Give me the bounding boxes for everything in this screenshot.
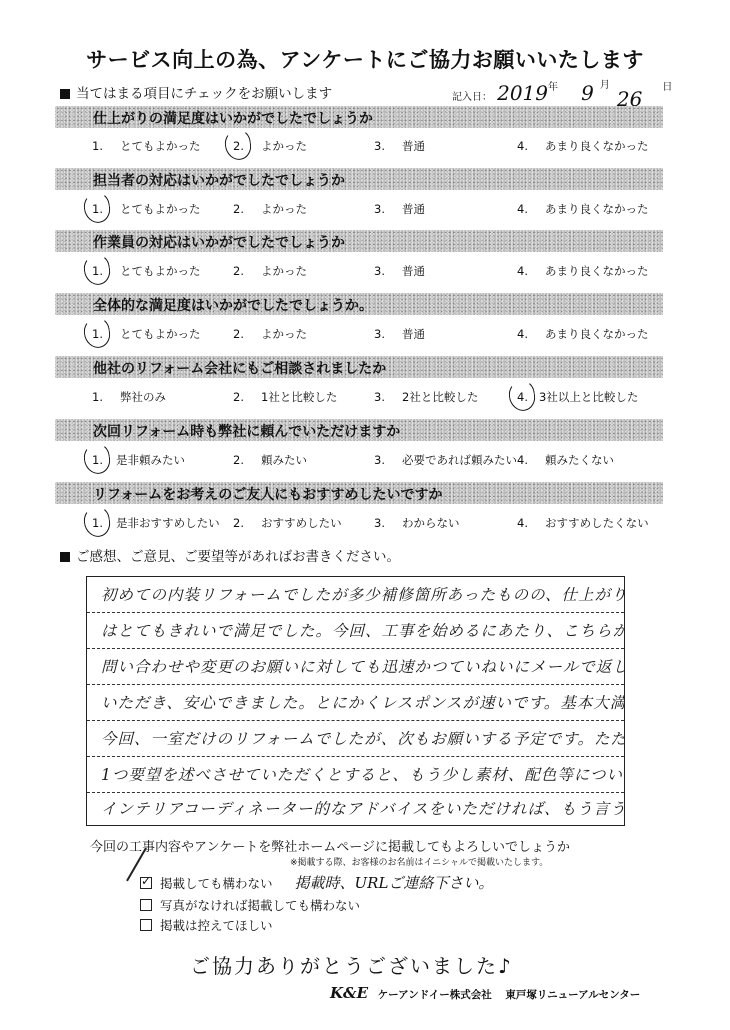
option-2[interactable]: 2.1社と比較した	[233, 389, 337, 405]
option-num: 4.	[517, 264, 545, 278]
selected-circle-icon	[82, 316, 112, 349]
company-name: ケーアンドイー株式会社	[378, 989, 492, 1001]
option-num: 4.	[517, 453, 545, 467]
instruction-text: 当てはまる項目にチェックをお願いします	[76, 86, 332, 102]
option-1[interactable]: 1.とてもよかった	[92, 138, 201, 154]
option-4[interactable]: 4.おすすめしたくない	[517, 515, 649, 531]
date-day-unit: 日	[662, 82, 672, 93]
handwritten-note: 掲載時、URLご連絡下さい。	[295, 874, 494, 892]
selected-circle-icon	[82, 442, 112, 475]
question-bar-recommend-friends: リフォームをお考えのご友人にもおすすめしたいですか	[55, 482, 663, 504]
option-num: 2.	[233, 202, 261, 216]
question-options-1: 1.とてもよかった 2.よかった 3.普通 4.あまり良くなかった	[0, 138, 730, 162]
comments-heading: ご感想、ご意見、ご要望等があればお書きください。	[60, 545, 400, 565]
comment-line: 初めての内装リフォームでしたが多少補修箇所あったものの、仕上がり	[87, 577, 624, 613]
option-2[interactable]: 2.おすすめしたい	[233, 515, 342, 531]
option-num: 3.	[374, 264, 402, 278]
option-num: 2.	[233, 390, 261, 404]
option-3[interactable]: 3.普通	[374, 326, 425, 342]
option-1-selected[interactable]: 1.とてもよかった	[92, 326, 201, 342]
option-text: 是非頼みたい	[116, 453, 185, 467]
comment-line: 今回、一室だけのリフォームでしたが、次もお願いする予定です。ただし、もし	[87, 721, 624, 757]
question-label: リフォームをお考えのご友人にもおすすめしたいですか	[93, 484, 442, 504]
option-text: 普通	[402, 139, 425, 153]
checkbox-label: 掲載は控えてほしい	[160, 918, 273, 933]
date-year-unit: 年	[548, 82, 558, 93]
survey-title: サービス向上の為、アンケートにご協力お願いいたします	[0, 44, 730, 74]
selected-circle-icon	[82, 253, 112, 286]
option-text: とてもよかった	[120, 327, 201, 341]
question-label: 作業員の対応はいかがでしたでしょうか	[93, 232, 345, 252]
option-text: よかった	[261, 139, 307, 153]
selected-circle-icon	[82, 191, 112, 224]
comments-textarea[interactable]: 初めての内装リフォームでしたが多少補修箇所あったものの、仕上がり はとてもきれい…	[86, 576, 625, 826]
option-4-selected[interactable]: 4.3社以上と比較した	[517, 389, 638, 405]
option-text: 普通	[402, 327, 425, 341]
instruction-heading: 当てはまる項目にチェックをお願いします	[60, 82, 332, 102]
option-4[interactable]: 4.あまり良くなかった	[517, 138, 649, 154]
checkbox-icon[interactable]	[140, 899, 152, 911]
option-2[interactable]: 2.よかった	[233, 263, 307, 279]
option-text: 普通	[402, 264, 425, 278]
option-num: 4.	[517, 139, 545, 153]
option-3[interactable]: 3.普通	[374, 138, 425, 154]
comment-line: インテリアコーディネーター的なアドバイスをいただければ、もう言うことなし！です。	[87, 791, 624, 827]
checkbox-label: 写真がなければ掲載しても構わない	[160, 898, 360, 913]
option-num: 2.	[233, 453, 261, 467]
question-bar-overall-satisfaction: 全体的な満足度はいかがでしたでしょうか。	[55, 293, 663, 315]
question-label: 担当者の対応はいかがでしたでしょうか	[93, 170, 345, 190]
checkbox-checked-icon[interactable]	[140, 877, 152, 889]
footer-company: K&E ケーアンドイー株式会社 東戸塚リニューアルセンター	[330, 984, 640, 1002]
option-num: 2.	[233, 516, 261, 530]
option-text: 必要であれば頼みたい	[402, 453, 517, 467]
comment-line: 1つ要望を述べさせていただくとすると、もう少し素材、配色等について	[87, 757, 624, 793]
question-label: 全体的な満足度はいかがでしたでしょうか。	[93, 295, 373, 315]
thanks-message: ご協力ありがとうございました♪	[190, 950, 513, 979]
question-bar-other-companies: 他社のリフォーム会社にもご相談されましたか	[55, 356, 663, 378]
option-num: 2.	[233, 327, 261, 341]
option-text: 弊社のみ	[120, 390, 166, 404]
option-2-selected[interactable]: 2.よかった	[233, 138, 307, 154]
publish-option-no-photos[interactable]: 写真がなければ掲載しても構わない	[140, 896, 360, 914]
square-bullet-icon	[60, 89, 70, 99]
selected-circle-icon	[223, 128, 253, 161]
option-1-selected[interactable]: 1.是非おすすめしたい	[92, 515, 220, 531]
question-bar-next-reform: 次回リフォーム時も弊社に頼んでいただけますか	[55, 419, 663, 441]
question-bar-staff-response: 担当者の対応はいかがでしたでしょうか	[55, 168, 663, 190]
option-3[interactable]: 3.普通	[374, 201, 425, 217]
option-num: 1.	[92, 390, 120, 404]
option-num: 3.	[374, 516, 402, 530]
option-3[interactable]: 3.普通	[374, 263, 425, 279]
comment-line: 問い合わせや変更のお願いに対しても迅速かつていねいにメールで返して	[87, 649, 624, 685]
question-label: 次回リフォーム時も弊社に頼んでいただけますか	[93, 421, 400, 441]
comment-line: はとてもきれいで満足でした。今回、工事を始めるにあたり、こちらからの	[87, 613, 624, 649]
option-text: 普通	[402, 202, 425, 216]
question-bar-finish-satisfaction: 仕上がりの満足度はいかがでしたでしょうか	[55, 106, 663, 128]
option-text: 是非おすすめしたい	[116, 516, 220, 530]
date-label: 記入日：	[452, 92, 492, 103]
option-num: 3.	[374, 139, 402, 153]
square-bullet-icon	[60, 552, 70, 562]
option-text: とてもよかった	[120, 139, 201, 153]
selected-circle-icon	[507, 379, 537, 412]
question-options-7: 1.是非おすすめしたい 2.おすすめしたい 3.わからない 4.おすすめしたくな…	[0, 515, 730, 539]
publish-note: ※掲載する際、お客様のお名前はイニシャルで掲載いたします。	[290, 855, 548, 868]
comments-heading-text: ご感想、ご意見、ご要望等があればお書きください。	[76, 549, 400, 565]
publish-question: 今回の工事内容やアンケートを弊社ホームページに掲載してもよろしいでしょうか	[90, 836, 570, 855]
company-logo: K&E	[330, 984, 368, 1002]
option-num: 4.	[517, 516, 545, 530]
option-2[interactable]: 2.よかった	[233, 326, 307, 342]
option-text: あまり良くなかった	[545, 264, 649, 278]
option-3[interactable]: 3.2社と比較した	[374, 389, 478, 405]
publish-option-allowed[interactable]: 掲載しても構わない掲載時、URLご連絡下さい。	[140, 872, 493, 893]
date-year: 2019	[497, 81, 548, 105]
selected-circle-icon	[82, 505, 112, 538]
checkbox-label: 掲載しても構わない	[160, 876, 273, 891]
option-text: とてもよかった	[120, 202, 201, 216]
option-4[interactable]: 4.あまり良くなかった	[517, 326, 649, 342]
question-options-5: 1.弊社のみ 2.1社と比較した 3.2社と比較した 4.3社以上と比較した	[0, 389, 730, 413]
option-text: あまり良くなかった	[545, 327, 649, 341]
question-options-4: 1.とてもよかった 2.よかった 3.普通 4.あまり良くなかった	[0, 326, 730, 350]
option-num: 3.	[374, 202, 402, 216]
date-month: 9	[581, 81, 594, 105]
option-3[interactable]: 3.必要であれば頼みたい	[374, 452, 517, 468]
center-name: 東戸塚リニューアルセンター	[505, 989, 640, 1001]
option-1[interactable]: 1.弊社のみ	[92, 389, 166, 405]
option-4[interactable]: 4.あまり良くなかった	[517, 201, 649, 217]
option-num: 3.	[374, 390, 402, 404]
option-text: 頼みたくない	[545, 453, 614, 467]
question-options-6: 1.是非頼みたい 2.頼みたい 3.必要であれば頼みたい 4.頼みたくない	[0, 452, 730, 476]
option-4[interactable]: 4.頼みたくない	[517, 452, 614, 468]
question-bar-worker-response: 作業員の対応はいかがでしたでしょうか	[55, 230, 663, 252]
question-label: 仕上がりの満足度はいかがでしたでしょうか	[93, 108, 373, 128]
option-num: 1.	[92, 139, 120, 153]
option-text: よかった	[261, 264, 307, 278]
option-num: 2.	[233, 264, 261, 278]
date-month-unit: 月	[600, 80, 610, 91]
option-text: あまり良くなかった	[545, 202, 649, 216]
checkbox-icon[interactable]	[140, 919, 152, 931]
option-1-selected[interactable]: 1.是非頼みたい	[92, 452, 185, 468]
question-options-3: 1.とてもよかった 2.よかった 3.普通 4.あまり良くなかった	[0, 263, 730, 287]
question-options-2: 1.とてもよかった 2.よかった 3.普通 4.あまり良くなかった	[0, 201, 730, 225]
option-num: 3.	[374, 453, 402, 467]
comment-line: いただき、安心できました。とにかくレスポンスが速いです。基本大満足で	[87, 685, 624, 721]
option-num: 4.	[517, 202, 545, 216]
option-text: よかった	[261, 202, 307, 216]
option-num: 4.	[517, 327, 545, 341]
option-text: 1社と比較した	[261, 390, 337, 404]
option-num: 3.	[374, 327, 402, 341]
option-text: 3社以上と比較した	[539, 390, 638, 404]
option-1-selected[interactable]: 1.とてもよかった	[92, 263, 201, 279]
option-text: わからない	[402, 516, 460, 530]
option-2[interactable]: 2.よかった	[233, 201, 307, 217]
option-text: 頼みたい	[261, 453, 307, 467]
option-2[interactable]: 2.頼みたい	[233, 452, 307, 468]
option-1-selected[interactable]: 1.とてもよかった	[92, 201, 201, 217]
option-text: 2社と比較した	[402, 390, 478, 404]
option-3[interactable]: 3.わからない	[374, 515, 460, 531]
option-text: あまり良くなかった	[545, 139, 649, 153]
question-label: 他社のリフォーム会社にもご相談されましたか	[93, 358, 386, 378]
option-text: おすすめしたくない	[545, 516, 649, 530]
option-text: おすすめしたい	[261, 516, 342, 530]
option-text: よかった	[261, 327, 307, 341]
option-text: とてもよかった	[120, 264, 201, 278]
option-4[interactable]: 4.あまり良くなかった	[517, 263, 649, 279]
publish-option-decline[interactable]: 掲載は控えてほしい	[140, 916, 273, 934]
